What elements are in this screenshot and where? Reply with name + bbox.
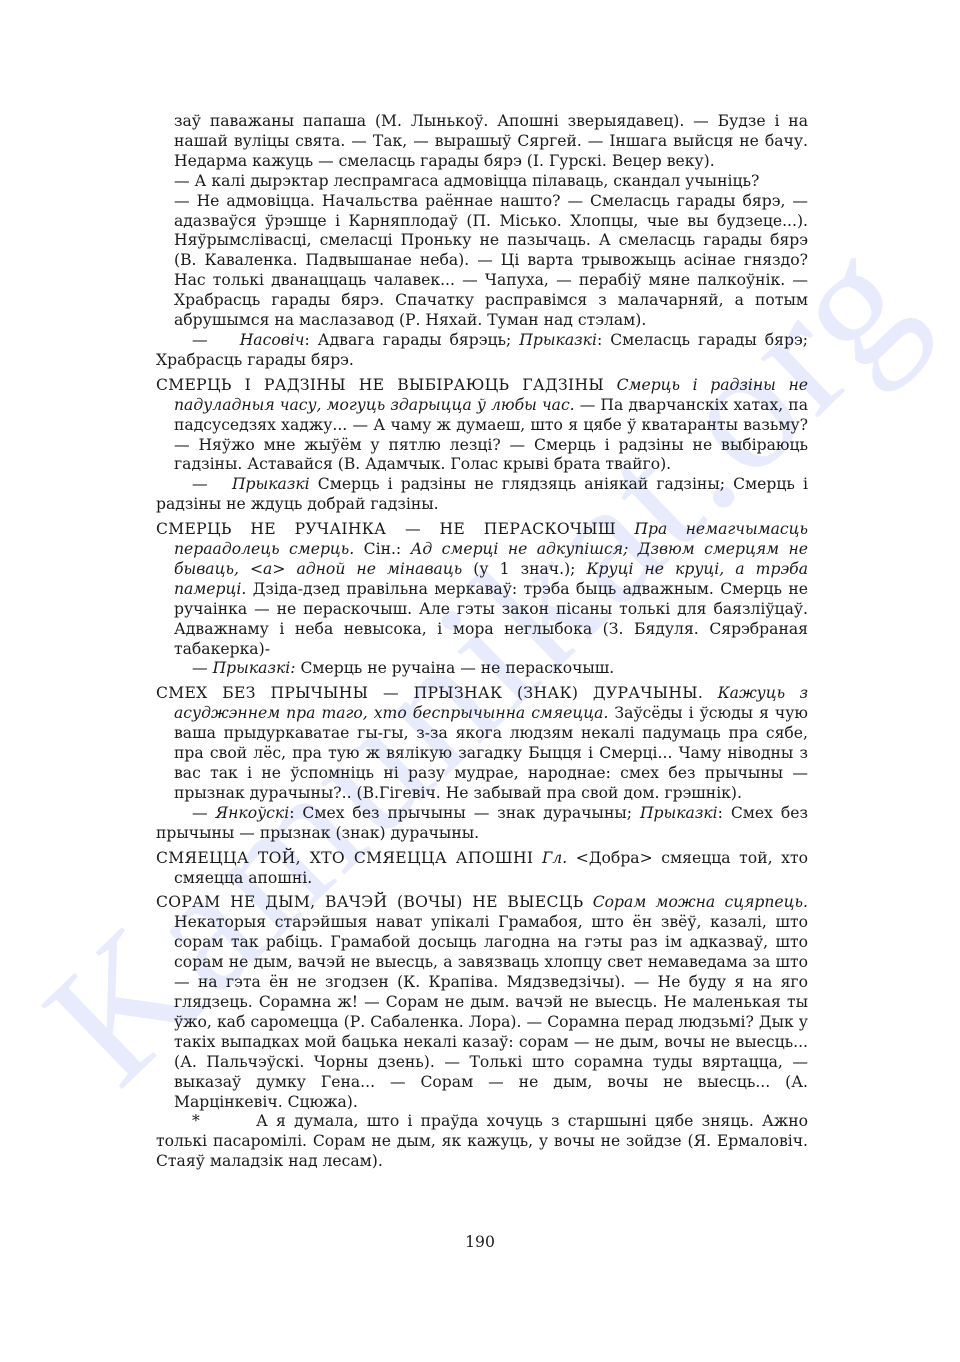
dash: — — [192, 804, 208, 822]
entry-headword: СОРАМ НЕ ДЫМ, ВАЧЭЙ (ВОЧЫ) НЕ ВЫЕСЦЬ — [156, 893, 583, 911]
asterisk-marker: * — [192, 1112, 256, 1132]
comment-paragraph: — Янкоўскі: Смех без прычыны — знак дура… — [156, 804, 808, 844]
entry-headword: СМЯЕЦЦА ТОЙ, ХТО СМЯЕЦЦА АПОШНІ — [156, 849, 533, 867]
comment-text: : Смех без прычыны — знак дурачыны; — [289, 804, 640, 822]
dictionary-entry: СМЯЕЦЦА ТОЙ, ХТО СМЯЕЦЦА АПОШНІ Гл. <Доб… — [156, 849, 808, 889]
dialog-line: — Не адмовіцца. Начальства раённае нашто… — [156, 192, 808, 331]
dash: — — [192, 659, 208, 677]
paragraph-text: заў паважаны папаша (М. Лынькоў. Апошні … — [174, 112, 808, 170]
comment-paragraph: — Прыказкі Смерць і радзіны не глядзяць … — [156, 475, 808, 515]
entry-headword: СМЕРЦЬ І РАДЗІНЫ НЕ ВЫБІРАЮЦЬ ГАДЗІНЫ — [156, 376, 604, 394]
dash: — — [192, 475, 208, 493]
comment-paragraph: *А я думала, што і праўда хочуць з старш… — [156, 1112, 808, 1172]
source-name: Прыказкі — [519, 331, 597, 349]
dictionary-entry: СМЕРЦЬ НЕ РУЧАІНКА — НЕ ПЕРАСКОЧЫШ Пра н… — [156, 520, 808, 659]
synonym-label: Сін.: — [354, 540, 410, 558]
paragraph-text: — Не адмовіцца. Начальства раённае нашто… — [174, 192, 808, 329]
entry-headword: СМЕХ БЕЗ ПРЫЧЫНЫ — ПРЫЗНАК (ЗНАК) ДУРАЧЫ… — [156, 684, 703, 702]
comment-paragraph: — Насовіч: Адвага гарады бярэць; Прыказк… — [156, 331, 808, 371]
dictionary-entry: СМЕХ БЕЗ ПРЫЧЫНЫ — ПРЫЗНАК (ЗНАК) ДУРАЧЫ… — [156, 684, 808, 803]
dictionary-entry: СОРАМ НЕ ДЫМ, ВАЧЭЙ (ВОЧЫ) НЕ ВЫЕСЦЬ Сор… — [156, 893, 808, 1112]
dash: — — [192, 331, 208, 349]
source-name: Прыказкі: — [213, 659, 296, 677]
source-name: Прыказкі — [640, 804, 718, 822]
source-name: Прыказкі — [232, 475, 310, 493]
source-name: Янкоўскі — [216, 804, 290, 822]
dictionary-entry: СМЕРЦЬ І РАДЗІНЫ НЕ ВЫБІРАЮЦЬ ГАДЗІНЫ См… — [156, 376, 808, 476]
entry-example: Дзіда-дзед правільна меркаваў: трэба быц… — [174, 580, 808, 658]
continued-paragraph: заў паважаны папаша (М. Лынькоў. Апошні … — [156, 112, 808, 172]
source-name: Насовіч — [240, 331, 305, 349]
entry-definition: Сорам можна сцярпець. — [593, 893, 808, 911]
comment-paragraph: — Прыказкі: Смерць не ручаіна — не перас… — [156, 659, 808, 679]
page-number: 190 — [0, 1233, 960, 1251]
paragraph-text: — А калі дырэктар леспрамгаса адмовіцца … — [174, 172, 759, 190]
entry-example: Некаторыя старэйшыя нават упікалі Грамаб… — [174, 913, 808, 1110]
synonym-note: (у 1 знач.); — [462, 560, 586, 578]
entry-headword: СМЕРЦЬ НЕ РУЧАІНКА — НЕ ПЕРАСКОЧЫШ — [156, 520, 616, 538]
dialog-line: — А калі дырэктар леспрамгаса адмовіцца … — [156, 172, 808, 192]
comment-text: : Адвага гарады бярэць; — [304, 331, 519, 349]
page-body: заў паважаны папаша (М. Лынькоў. Апошні … — [156, 112, 808, 1172]
entry-definition: Гл. — [542, 849, 567, 867]
comment-text: Смерць не ручаіна — не пераскочыш. — [296, 659, 615, 677]
